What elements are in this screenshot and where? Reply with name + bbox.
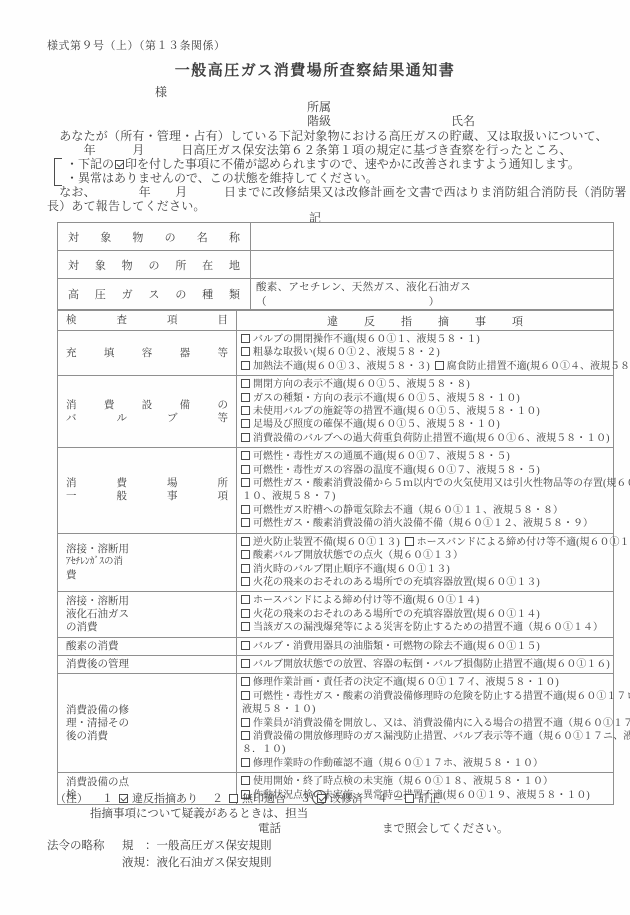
inspection-row: 消費後の管理バルブ開放状態での放置、容器の転倒・バルブ損傷防止措置不適(規６０①… [58,655,614,673]
violation-item-text: 液規５８・１０) [242,704,315,715]
violation-line: 粗暴な取扱い(規６０①２、液規５８・２) [241,346,611,359]
info-table: 対象物の名称対象物の所在地高圧ガスの種類酸素、アセチレン、天然ガス、液化石油ガス… [57,222,614,310]
checkbox-icon[interactable] [241,609,250,618]
info-row-label: 高圧ガスの種類 [58,279,251,310]
label-line: バルブ等 [66,412,228,425]
violation-item: ８．１０) [242,744,285,755]
inspection-row: 溶接・溶断用液化石油ガスの消費ホースバンドによる締め付け等不適(規６０①１４)火… [58,592,614,637]
violation-item-text: バルブ開放状態での放置、容器の転倒・バルブ損傷防止措置不適(規６０①１６) [253,659,610,670]
label-line: 溶接・溶断用 [66,543,228,556]
legend: （注） １違反指摘あり２無印適合３改修済４＝訂正 [55,790,440,806]
violation-line: 足場及び照度の確保不適(規６０①５、液規５８・１０) [241,418,611,431]
inspection-row: 溶接・溶断用ｱｾﾁﾚﾝｶﾞｽの消費逆火防止装置不備(規６０①１３)ホースバンドに… [58,533,614,592]
label-line: ｱｾﾁﾚﾝｶﾞｽの消 [66,556,228,569]
law-abbrev-general: 規 ：一般高圧ガス保安規則 [122,837,272,853]
info-row: 高圧ガスの種類酸素、アセチレン、天然ガス、液化石油ガス （ ） [58,279,614,310]
violation-line: 可燃性・毒性ガスの容器の温度不適(規６０①７、液規５８・５) [241,464,611,477]
violation-item: 火花の飛来のおそれのある場所での充填容器放置(規６０①１３) [241,577,540,588]
violation-item: 逆火防止装置不備(規６０①１３) [241,537,400,548]
inspection-table: 検査項目 違反指摘事項 充填容器等バルブの開閉操作不適(規６０①１、液規５８・１… [57,310,614,805]
checkbox-icon[interactable] [241,537,250,546]
inquiry-line-2: まで照会してください。 [382,820,509,836]
legend-item-label: 違反指摘あり [132,793,198,805]
label-line: 消費後の管理 [66,658,228,671]
checkbox-icon[interactable] [241,406,250,415]
violation-item-text: ホースバンドによる締め付け等不適(規６０①１３) [417,537,630,548]
violation-item: 当該ガスの漏洩爆発等による災害を防止するための措置不適（規６０①１４） [241,622,603,633]
info-row-label: 対象物の名称 [58,223,251,251]
checkbox-icon[interactable] [241,451,250,460]
checkbox-icon[interactable] [241,433,250,442]
violation-item-text: 可燃性・毒性ガスの通風不適(規６０①７、液規５８・５) [253,451,510,462]
violation-item-text: 修理作業時の作動確認不適（規６０①１７ホ、液規５８・１０） [253,758,543,769]
violation-line: ８．１０) [241,743,611,756]
tables-container: 対象物の名称対象物の所在地高圧ガスの種類酸素、アセチレン、天然ガス、液化石油ガス… [57,222,614,805]
label-line: 液化石油ガス [66,608,228,621]
checkbox-icon[interactable] [241,334,250,343]
circled-checkbox-icon[interactable] [316,793,327,805]
violation-item-text: 可燃性・毒性ガスの容器の温度不適(規６０①７、液規５８・５) [253,465,540,476]
violation-line: 酸素バルブ開放状態での点火（規６０①１３） [241,549,611,562]
legend-item-number: ３ [300,793,311,805]
violation-line: 液規５８・１０) [241,703,611,716]
label-line: 消費設備の修 [66,704,228,717]
violation-item-text: 加熱法不適(規６０①３、液規５８・３) [253,361,430,372]
violation-line: 修理作業時の作動確認不適（規６０①１７ホ、液規５８・１０） [241,757,611,770]
violation-item: 消費設備のバルブへの過大荷重負荷防止措置不適(規６０①６、液規５８・１０) [241,433,609,444]
violation-item: 可燃性ガス貯槽への静電気除去不適（規６０①１１、液規５８・８） [241,505,563,516]
violation-line: ガスの種類・方向の表示不適(規６０①５、液規５８・１０) [241,392,611,405]
inspection-row-label: 消費後の管理 [58,655,237,673]
checkbox-icon[interactable] [435,361,444,370]
inspection-row-label: 消費設備のバルブ等 [58,376,237,448]
addressee-suffix: 様 [155,83,167,100]
inspection-row-content: バルブ・消費用器具の油脂類・可燃物の除去不適(規６０①１５) [237,637,614,655]
violation-item-text: ホースバンドによる締め付け等不適(規６０①１４) [253,595,479,606]
violation-item-text: 開閉方向の表示不適(規６０①５、液規５８・８) [253,379,470,390]
checkbox-icon[interactable] [241,505,250,514]
violation-line: 作業員が消費設備を開放し、又は、消費設備内に入る場合の措置不適（規６０①１７ハ） [241,717,611,730]
option-bracket-icon [54,158,62,186]
violation-item: 可燃性・毒性ガスの容器の温度不適(規６０①７、液規５８・５) [241,465,540,476]
violation-item-text: １０、液規５８・７) [242,491,335,502]
violation-line: 消費設備のバルブへの過大荷重負荷防止措置不適(規６０①６、液規５８・１０) [241,432,611,445]
violation-item: バルブ・消費用器具の油脂類・可燃物の除去不適(規６０①１５) [241,641,540,652]
label-line: 後の消費 [66,730,228,743]
info-row: 対象物の所在地 [58,251,614,279]
legend-item: ２無印適合 [212,790,286,806]
violation-item-text: ８．１０) [242,744,285,755]
violation-item-text: 粗暴な取扱い(規６０①２、液規５８・２) [253,347,440,358]
telephone-label: 電話 [258,820,281,836]
label-line: 一般事項 [66,490,228,503]
checked-checkbox-icon [317,794,326,803]
violation-item: 可燃性・毒性ガス・酸素の消費設備修理時の危険を防止する措置不適(規６０①１７ロ、 [241,691,630,702]
violation-item-text: 可燃性・毒性ガス・酸素の消費設備修理時の危険を防止する措置不適(規６０①１７ロ、 [253,691,630,702]
violation-line: 可燃性ガス・酸素消費設備から５ｍ以内での火気使用又は引火性物品等の存置(規６０① [241,477,611,490]
violation-item-text: 使用開始・終了時点検の未実施（規６０①１８、液規５８・１０） [253,776,553,787]
inspection-row: 消費場所一般事項可燃性・毒性ガスの通風不適(規６０①７、液規５８・５)可燃性・毒… [58,448,614,533]
checkbox-icon[interactable] [241,718,250,727]
violation-item-text: 当該ガスの漏洩爆発等による災害を防止するための措置不適（規６０①１４） [253,622,603,633]
info-row-value [251,223,614,251]
violation-line: 逆火防止装置不備(規６０①１３)ホースバンドによる締め付け等不適(規６０①１３) [241,536,611,549]
violation-item: 開閉方向の表示不適(規６０①５、液規５８・８) [241,379,470,390]
checkbox-icon[interactable] [405,537,414,546]
inspection-row-content: 可燃性・毒性ガスの通風不適(規６０①７、液規５８・５)可燃性・毒性ガスの容器の温… [237,448,614,533]
violation-item-text: 可燃性ガス貯槽への静電気除去不適（規６０①１１、液規５８・８） [253,505,563,516]
violation-item: 消費設備の開放修理時のガス漏洩防止措置、バルブ表示等不適（規６０①１７ニ、液規５ [241,731,630,742]
label-line: 費 [66,569,228,582]
violation-line: 可燃性ガス貯槽への静電気除去不適（規６０①１１、液規５８・８） [241,504,611,517]
legend-prefix: （注） [55,790,88,806]
legend-item: ３改修済 [300,790,363,806]
violation-item: ガスの種類・方向の表示不適(規６０①５、液規５８・１０) [241,393,520,404]
law-abbrev-title: 法令の略称 [47,837,105,853]
violation-item-text: 腐食防止措置不適(規６０①４、液規５８・４) [447,361,630,372]
violation-line: 当該ガスの漏洩爆発等による災害を防止するための措置不適（規６０①１４） [241,621,611,634]
inspection-row-content: ホースバンドによる締め付け等不適(規６０①１４)火花の飛来のおそれのある場所での… [237,592,614,637]
inspection-row: 消費設備のバルブ等開閉方向の表示不適(規６０①５、液規５８・８)ガスの種類・方向… [58,376,614,448]
violation-line: 修理作業計画・責任者の決定不適(規６０①１７イ、液規５８・１０) [241,676,611,689]
inspection-row-content: 逆火防止装置不備(規６０①１３)ホースバンドによる締め付け等不適(規６０①１３)… [237,533,614,592]
inquiry-line-1: 指摘事項について疑義があるときは、担当 [90,805,308,821]
checked-checkbox-icon [115,160,124,169]
empty-checkbox-icon[interactable] [405,794,414,803]
violation-item: 可燃性ガス・酸素消費設備から５ｍ以内での火気使用又は引火性物品等の存置(規６０① [241,478,630,489]
checkbox-icon[interactable] [241,564,250,573]
checkbox-icon[interactable] [241,379,250,388]
inspection-row-content: バルブ開放状態での放置、容器の転倒・バルブ損傷防止措置不適(規６０①１６) [237,655,614,673]
checkbox-icon[interactable] [241,419,250,428]
checkbox-icon[interactable] [241,393,250,402]
violation-line: ホースバンドによる締め付け等不適(規６０①１４) [241,594,611,607]
violation-line: 可燃性・毒性ガスの通風不適(規６０①７、液規５８・５) [241,450,611,463]
violation-item: 酸素バルブ開放状態での点火（規６０①１３） [241,550,463,561]
violation-item-text: ガスの種類・方向の表示不適(規６０①５、液規５８・１０) [253,393,520,404]
checkbox-icon[interactable] [241,677,250,686]
violation-item: 修理作業時の作動確認不適（規６０①１７ホ、液規５８・１０） [241,758,543,769]
checkbox-icon[interactable] [241,577,250,586]
label-line: 消費設備の [66,399,228,412]
violation-item: 作業員が消費設備を開放し、又は、消費設備内に入る場合の措置不適（規６０①１７ハ） [241,718,630,729]
violation-line: バルブ・消費用器具の油脂類・可燃物の除去不適(規６０①１５) [241,640,611,653]
violation-item: 加熱法不適(規６０①３、液規５８・３) [241,361,430,372]
checkbox-icon[interactable] [241,478,250,487]
violation-line: 可燃性・毒性ガス・酸素の消費設備修理時の危険を防止する措置不適(規６０①１７ロ、 [241,690,611,703]
law-abbrev-lpg: 液規：液化石油ガス保安規則 [122,854,272,870]
violation-item: 液規５８・１０) [242,704,315,715]
checkbox-icon[interactable] [241,691,250,700]
inspection-item-col-header: 検査項目 [66,314,228,327]
page-title: 一般高圧ガス消費場所査察結果通知書 [0,59,630,80]
violation-line: 使用開始・終了時点検の未実施（規６０①１８、液規５８・１０） [241,775,611,788]
violation-item: バルブの開閉操作不適(規６０①１、液規５８・１) [241,334,480,345]
violation-item: 未使用バルブの施錠等の措置不適(規６０①５、液規５８・１０) [241,406,540,417]
label-line: 消費場所 [66,477,228,490]
violation-col-header: 違反指摘事項 [237,311,614,331]
empty-checkbox-icon[interactable] [229,794,238,803]
checkbox-icon[interactable] [241,465,250,474]
info-row-value: 酸素、アセチレン、天然ガス、液化石油ガス （ ） [251,279,614,310]
violation-item-text: 消費設備の開放修理時のガス漏洩防止措置、バルブ表示等不適（規６０①１７ニ、液規５ [253,731,630,742]
violation-line: バルブ開放状態での放置、容器の転倒・バルブ損傷防止措置不適(規６０①１６) [241,658,611,671]
violation-line: バルブの開閉操作不適(規６０①１、液規５８・１) [241,333,611,346]
legend-item: ４＝訂正 [377,790,440,806]
violation-item: 腐食防止措置不適(規６０①４、液規５８・４) [435,361,630,372]
checkbox-icon[interactable] [241,758,250,767]
inspection-row: 消費設備の修理・清掃その後の消費修理作業計画・責任者の決定不適(規６０①１７イ、… [58,674,614,773]
checkbox-icon[interactable] [241,347,250,356]
violation-line: １０、液規５８・７) [241,490,611,503]
inspection-row-label: 酸素の消費 [58,637,237,655]
legend-item-label: 無印適合 [242,793,286,805]
violation-line: 加熱法不適(規６０①３、液規５８・３)腐食防止措置不適(規６０①４、液規５８・４… [241,360,611,373]
legend-item: １違反指摘あり [102,790,198,806]
legend-item-number: ４ [377,793,388,805]
violation-item: 足場及び照度の確保不適(規６０①５、液規５８・１０) [241,419,500,430]
form-number: 様式第９号（上）（第１３条関係） [47,37,226,53]
violation-line: 消火時のバルブ閉止順序不適(規６０①１３) [241,563,611,576]
legend-item-label: 訂正 [418,793,440,805]
checkbox-icon[interactable] [241,776,250,785]
inspection-row-content: 開閉方向の表示不適(規６０①５、液規５８・８)ガスの種類・方向の表示不適(規６０… [237,376,614,448]
legend-item-label: 改修済 [330,793,363,805]
violation-item-text: 修理作業計画・責任者の決定不適(規６０①１７イ、液規５８・１０) [253,677,559,688]
label-line: 理・清掃その [66,717,228,730]
info-row-value [251,251,614,279]
checked-checkbox-icon[interactable] [119,794,128,803]
label-line: 溶接・溶断用 [66,595,228,608]
violation-item: 粗暴な取扱い(規６０①２、液規５８・２) [241,347,440,358]
inspection-row-label: 消費設備の修理・清掃その後の消費 [58,674,237,773]
inspection-table-body: 検査項目 違反指摘事項 充填容器等バルブの開閉操作不適(規６０①１、液規５８・１… [58,311,614,805]
violation-item-text: 足場及び照度の確保不適(規６０①５、液規５８・１０) [253,419,500,430]
violation-item-text: 可燃性ガス・酸素消費設備から５ｍ以内での火気使用又は引火性物品等の存置(規６０① [253,478,630,489]
violation-item-text: 逆火防止装置不備(規６０①１３) [253,537,400,548]
inspection-row-content: バルブの開閉操作不適(規６０①１、液規５８・１)粗暴な取扱い(規６０①２、液規５… [237,331,614,376]
label-line: 消費設備の点 [66,776,228,789]
inspection-row-label: 消費場所一般事項 [58,448,237,533]
label-line: 充填容器等 [66,347,228,360]
checkbox-icon[interactable] [241,731,250,740]
inspection-row-label: 溶接・溶断用液化石油ガスの消費 [58,592,237,637]
checkbox-icon[interactable] [241,641,250,650]
inspection-row-content: 修理作業計画・責任者の決定不適(規６０①１７イ、液規５８・１０)可燃性・毒性ガス… [237,674,614,773]
inspection-row-label: 充填容器等 [58,331,237,376]
violation-line: 可燃性ガス・酸素消費設備の消火設備不備（規６０①１２、液規５８・９） [241,517,611,530]
violation-item: 可燃性ガス・酸素消費設備の消火設備不備（規６０①１２、液規５８・９） [241,518,593,529]
violation-item-text: 酸素バルブ開放状態での点火（規６０①１３） [253,550,463,561]
violation-item: ホースバンドによる締め付け等不適(規６０①１４) [241,595,479,606]
violation-line: 未使用バルブの施錠等の措置不適(規６０①５、液規５８・１０) [241,405,611,418]
checkbox-icon[interactable] [241,518,250,527]
checkbox-icon[interactable] [241,550,250,559]
violation-item: １０、液規５８・７) [242,491,335,502]
violation-item-text: 未使用バルブの施錠等の措置不適(規６０①５、液規５８・１０) [253,406,540,417]
violation-item-text: バルブの開閉操作不適(規６０①１、液規５８・１) [253,334,480,345]
info-row: 対象物の名称 [58,223,614,251]
violation-item: バルブ開放状態での放置、容器の転倒・バルブ損傷防止措置不適(規６０①１６) [241,659,610,670]
violation-line: 消費設備の開放修理時のガス漏洩防止措置、バルブ表示等不適（規６０①１７ニ、液規５ [241,730,611,743]
violation-item-text: 作業員が消費設備を開放し、又は、消費設備内に入る場合の措置不適（規６０①１７ハ） [253,718,630,729]
inspection-row: 充填容器等バルブの開閉操作不適(規６０①１、液規５８・１)粗暴な取扱い(規６０①… [58,331,614,376]
violation-item-text: 消費設備のバルブへの過大荷重負荷防止措置不適(規６０①６、液規５８・１０) [253,433,609,444]
label-line: 酸素の消費 [66,640,228,653]
legend-item-number: ２ [212,793,223,805]
violation-item: 消火時のバルブ閉止順序不適(規６０①１３) [241,564,450,575]
checkbox-icon[interactable] [241,361,250,370]
inspection-row: 酸素の消費バルブ・消費用器具の油脂類・可燃物の除去不適(規６０①１５) [58,637,614,655]
violation-item: 修理作業計画・責任者の決定不適(規６０①１７イ、液規５８・１０) [241,677,559,688]
label-line: の消費 [66,621,228,634]
violation-item-text: 消火時のバルブ閉止順序不適(規６０①１３) [253,564,450,575]
violation-item-text: 火花の飛来のおそれのある場所での充填容器放置(規６０①１４) [253,609,540,620]
violation-item: ホースバンドによる締め付け等不適(規６０①１３) [405,537,630,548]
violation-item: 火花の飛来のおそれのある場所での充填容器放置(規６０①１４) [241,609,540,620]
violation-item: 可燃性・毒性ガスの通風不適(規６０①７、液規５８・５) [241,451,510,462]
inspection-row-label: 溶接・溶断用ｱｾﾁﾚﾝｶﾞｽの消費 [58,533,237,592]
violation-item-text: 火花の飛来のおそれのある場所での充填容器放置(規６０①１３) [253,577,540,588]
legend-item-number: １ [102,793,113,805]
info-row-label: 対象物の所在地 [58,251,251,279]
checkbox-icon[interactable] [241,595,250,604]
document-page: 様式第９号（上）（第１３条関係） 一般高圧ガス消費場所査察結果通知書 様 所属 … [0,0,630,915]
checkbox-icon[interactable] [241,659,250,668]
violation-line: 開閉方向の表示不適(規６０①５、液規５８・８) [241,378,611,391]
violation-item-text: 可燃性ガス・酸素消費設備の消火設備不備（規６０①１２、液規５８・９） [253,518,593,529]
legend-item-prefix-mark: ＝ [393,793,404,805]
checkbox-icon[interactable] [241,622,250,631]
violation-item: 使用開始・終了時点検の未実施（規６０①１８、液規５８・１０） [241,776,553,787]
violation-line: 火花の飛来のおそれのある場所での充填容器放置(規６０①１３) [241,576,611,589]
violation-line: 火花の飛来のおそれのある場所での充填容器放置(規６０①１４) [241,608,611,621]
violation-item-text: バルブ・消費用器具の油脂類・可燃物の除去不適(規６０①１５) [253,641,540,652]
info-table-body: 対象物の名称対象物の所在地高圧ガスの種類酸素、アセチレン、天然ガス、液化石油ガス… [58,223,614,310]
inspection-header-row: 検査項目 違反指摘事項 [58,311,614,331]
